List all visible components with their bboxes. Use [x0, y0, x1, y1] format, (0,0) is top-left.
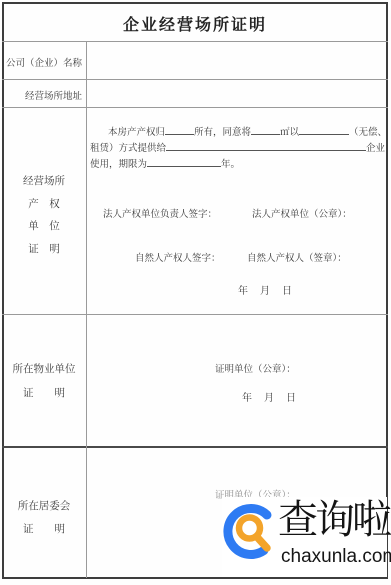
blank-enterprise-field: [166, 142, 366, 151]
para-text: 年。: [221, 160, 240, 170]
para-text: 本房产产权归: [108, 128, 165, 138]
pm-section-label-line1: 所在物业单位: [2, 361, 86, 376]
chaxunla-logo-icon: [222, 499, 280, 565]
property-section-label-line3: 单 位: [2, 218, 86, 233]
grid-line: [2, 107, 388, 108]
page-title: 企业经营场所证明: [2, 12, 388, 35]
grid-line: [2, 41, 388, 42]
committee-section-label-line2: 证 明: [2, 521, 86, 536]
blank-term-field: [147, 158, 221, 167]
grid-line: [2, 79, 388, 80]
para-text: 使用，期限为: [90, 160, 147, 170]
para-text: 租赁）方式提供给: [90, 144, 166, 154]
property-section-label-line2: 产 权: [2, 196, 86, 211]
paragraph-line-2: 租赁）方式提供给企业: [90, 141, 387, 157]
watermark: 查询啦 chaxunla.com: [222, 497, 387, 577]
pm-section-label-line2: 证 明: [2, 385, 86, 400]
property-date-label: 年 月 日: [238, 282, 293, 297]
address-label: 经营场所地址: [4, 88, 82, 102]
pm-seal-label: 证明单位（公章）：: [215, 361, 296, 375]
blank-area-field: [251, 126, 280, 135]
pm-date-label: 年 月 日: [242, 389, 297, 404]
paragraph-line-3: 使用，期限为年。: [90, 157, 387, 173]
legal-person-seal-label: 法人产权单位（公章）：: [252, 206, 352, 220]
para-text: ㎡以: [280, 128, 299, 138]
property-section-label-line4: 证 明: [2, 241, 86, 256]
natural-person-seal-label: 自然人产权人（签章）：: [247, 250, 347, 264]
watermark-brand-text: 查询啦: [278, 495, 388, 545]
document-page: 企业经营场所证明 公司（企业）名称 经营场所地址 经营场所 产 权 单 位 证 …: [0, 0, 391, 585]
grid-line: [2, 446, 388, 448]
para-text: 所有，同意将: [194, 128, 251, 138]
property-declaration-paragraph: 本房产产权归所有，同意将㎡以（无偿、 租赁）方式提供给企业 使用，期限为年。: [90, 125, 387, 173]
watermark-domain-text: chaxunla.com: [281, 546, 391, 568]
paragraph-line-1: 本房产产权归所有，同意将㎡以（无偿、: [90, 125, 387, 141]
committee-section-label-line1: 所在居委会: [2, 498, 86, 513]
para-text: （无偿、: [349, 128, 387, 138]
company-name-label: 公司（企业）名称: [4, 55, 82, 69]
blank-method-field: [299, 126, 349, 135]
natural-person-sign-label: 自然人产权人签字：: [135, 250, 221, 264]
property-section-label-line1: 经营场所: [2, 173, 86, 188]
legal-person-sign-label: 法人产权单位负责人签字：: [103, 206, 217, 220]
grid-line: [2, 314, 388, 315]
column-divider: [86, 41, 87, 578]
para-text: 企业: [366, 144, 385, 154]
blank-owner-field: [165, 126, 194, 135]
